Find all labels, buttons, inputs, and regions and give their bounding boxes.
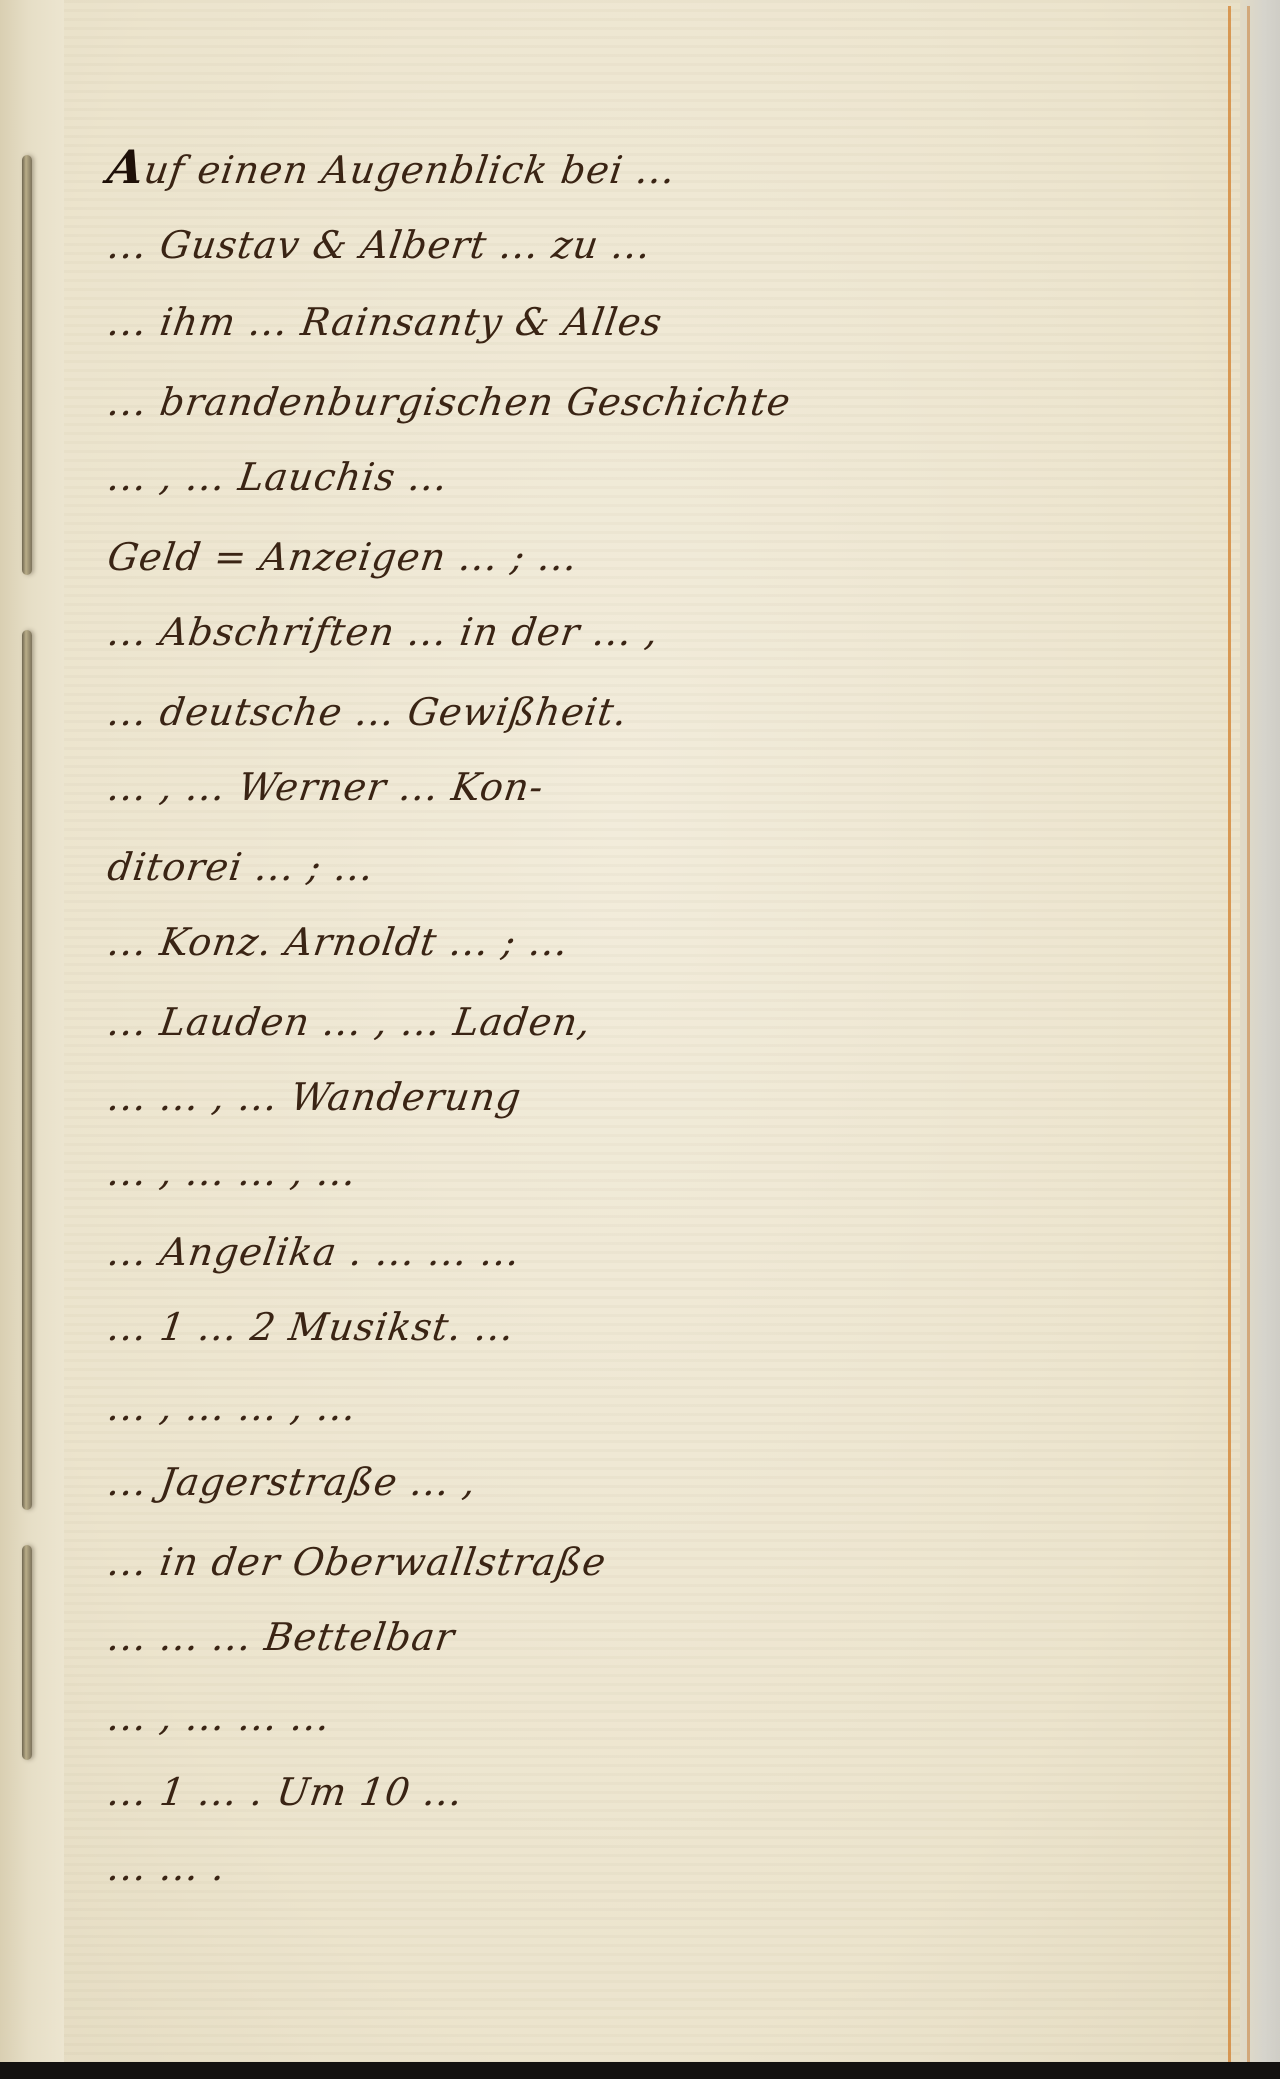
binding-gutter xyxy=(0,0,64,2062)
binding-stitch xyxy=(22,155,32,575)
manuscript-page: Auf einen Augenblick bei ... ... Gustav … xyxy=(0,0,1240,2062)
binding-stitch xyxy=(22,1545,32,1760)
text-line: ... Gustav & Albert ... zu ... xyxy=(105,223,654,267)
text-line: ... 1 ... 2 Musikst. ... xyxy=(105,1305,518,1349)
text-line: ... ... , ... Wanderung xyxy=(105,1075,524,1119)
underlying-pages xyxy=(1240,0,1280,2079)
text-line: ... , ... ... , ... xyxy=(105,1385,360,1429)
text-line: ... Abschriften ... in der ... , xyxy=(105,610,662,654)
scan-bottom-edge xyxy=(0,2062,1280,2079)
text-line: ... 1 ... . Um 10 ... xyxy=(105,1770,466,1814)
text-line: Auf einen Augenblick bei ... xyxy=(104,140,680,194)
text-line: ... ihm ... Rainsanty & Alles xyxy=(105,300,665,344)
text-line: ... , ... ... ... xyxy=(105,1695,334,1739)
text-line: ditorei ... ; ... xyxy=(105,845,377,889)
text-line: ... deutsche ... Gewißheit. xyxy=(105,690,631,734)
text-line: ... , ... ... , ... xyxy=(105,1150,360,1194)
text-line: ... Lauden ... , ... Laden, xyxy=(105,1000,594,1044)
text-line: ... in der Oberwallstraße xyxy=(105,1540,609,1584)
text-line: ... Jagerstraße ... , xyxy=(105,1460,479,1504)
binding-stitch xyxy=(22,630,32,1510)
text-line: ... Konz. Arnoldt ... ; ... xyxy=(105,920,572,964)
page-edge-line xyxy=(1247,6,1250,2062)
text-line: ... Angelika . ... ... ... xyxy=(105,1230,523,1274)
text-line: ... ... . xyxy=(105,1845,229,1889)
text-line: Geld = Anzeigen ... ; ... xyxy=(105,535,581,579)
text-line: ... , ... Lauchis ... xyxy=(105,455,451,499)
text-line: ... ... ... Bettelbar xyxy=(105,1615,458,1659)
page-edge-line xyxy=(1228,6,1231,2062)
text-line: ... brandenburgischen Geschichte xyxy=(105,380,794,424)
text-line: ... , ... Werner ... Kon- xyxy=(105,765,547,809)
